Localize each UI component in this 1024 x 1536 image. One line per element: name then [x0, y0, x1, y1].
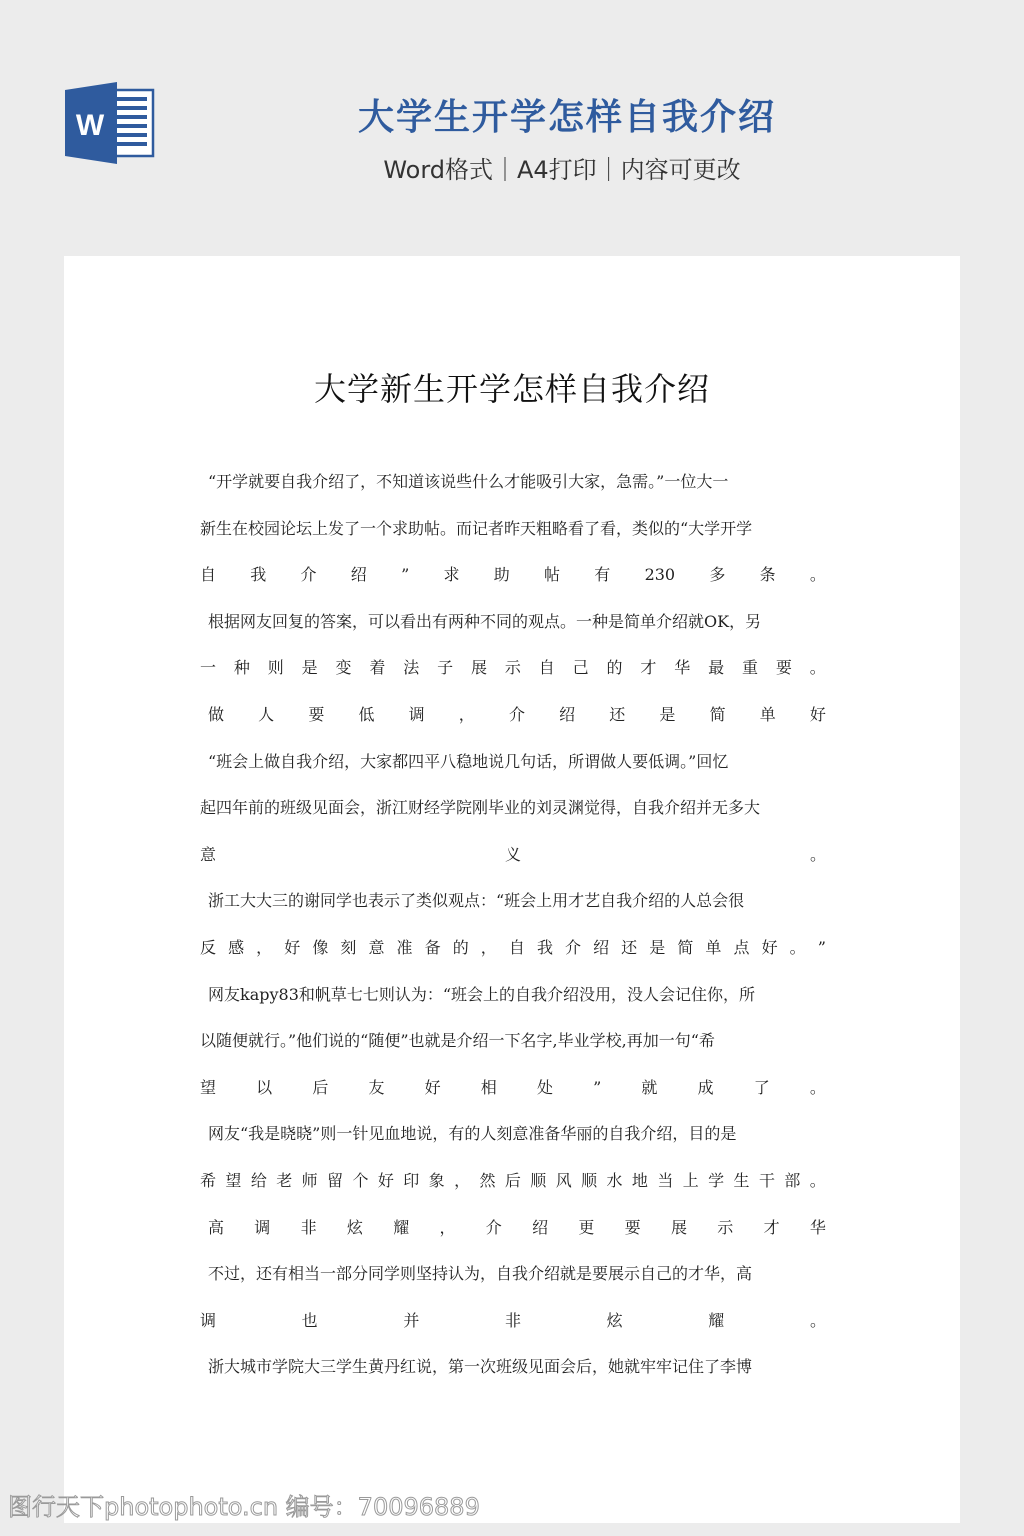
document-line: “开学就要自我介绍了，不知道该说些什么才能吸引大家，急需。”一位大一 — [200, 459, 826, 506]
document-body: “开学就要自我介绍了，不知道该说些什么才能吸引大家，急需。”一位大一新生在校园论… — [200, 459, 826, 1391]
document-line: 高调非炫耀，介绍更要展示才华 — [200, 1205, 826, 1252]
document-line: “班会上做自我介绍，大家都四平八稳地说几句话，所谓做人要低调。”回忆 — [200, 739, 826, 786]
document-page: 大学新生开学怎样自我介绍 “开学就要自我介绍了，不知道该说些什么才能吸引大家，急… — [64, 256, 960, 1523]
document-line: 一种则是变着法子展示自己的才华最重要。 — [200, 645, 826, 692]
document-title: 大学新生开学怎样自我介绍 — [64, 364, 960, 414]
document-line: 自我介绍”求助帖有230多条。 — [200, 552, 826, 599]
document-line: 浙大城市学院大三学生黄丹红说，第一次班级见面会后，她就牢牢记住了李博 — [200, 1344, 826, 1391]
document-line: 调也并非炫耀。 — [200, 1298, 826, 1345]
document-line: 望以后友好相处”就成了。 — [200, 1065, 826, 1112]
banner-subtitle: Word格式｜A4打印｜内容可更改 — [0, 152, 1024, 188]
document-line: 反感，好像刻意准备的，自我介绍还是简单点好。” — [200, 925, 826, 972]
document-line: 浙工大大三的谢同学也表示了类似观点：“班会上用才艺自我介绍的人总会很 — [200, 878, 826, 925]
banner-title: 大学生开学怎样自我介绍 — [0, 92, 1024, 144]
document-line: 不过，还有相当一部分同学则坚持认为，自我介绍就是要展示自己的才华，高 — [200, 1251, 826, 1298]
document-line: 新生在校园论坛上发了一个求助帖。而记者昨天粗略看了看，类似的“大学开学 — [200, 506, 826, 553]
document-line: 以随便就行。”他们说的“随便”也就是介绍一下名字,毕业学校,再加一句“希 — [200, 1018, 826, 1065]
document-line: 希望给老师留个好印象，然后顺风顺水地当上学生干部。 — [200, 1158, 826, 1205]
document-line: 网友kapy83和帆草七七则认为：“班会上的自我介绍没用，没人会记住你，所 — [200, 972, 826, 1019]
watermark: 图行天下photophoto.cn 编号：70096889 — [8, 1490, 480, 1524]
document-line: 根据网友回复的答案，可以看出有两种不同的观点。一种是简单介绍就OK，另 — [200, 599, 826, 646]
document-line: 网友“我是晓晓”则一针见血地说，有的人刻意准备华丽的自我介绍，目的是 — [200, 1111, 826, 1158]
document-line: 起四年前的班级见面会，浙江财经学院刚毕业的刘灵渊觉得，自我介绍并无多大 — [200, 785, 826, 832]
document-line: 做人要低调，介绍还是简单好 — [200, 692, 826, 739]
document-line: 意义。 — [200, 832, 826, 879]
banner-header: W 大学生开学怎样自我介绍 Word格式｜A4打印｜内容可更改 — [0, 0, 1024, 256]
